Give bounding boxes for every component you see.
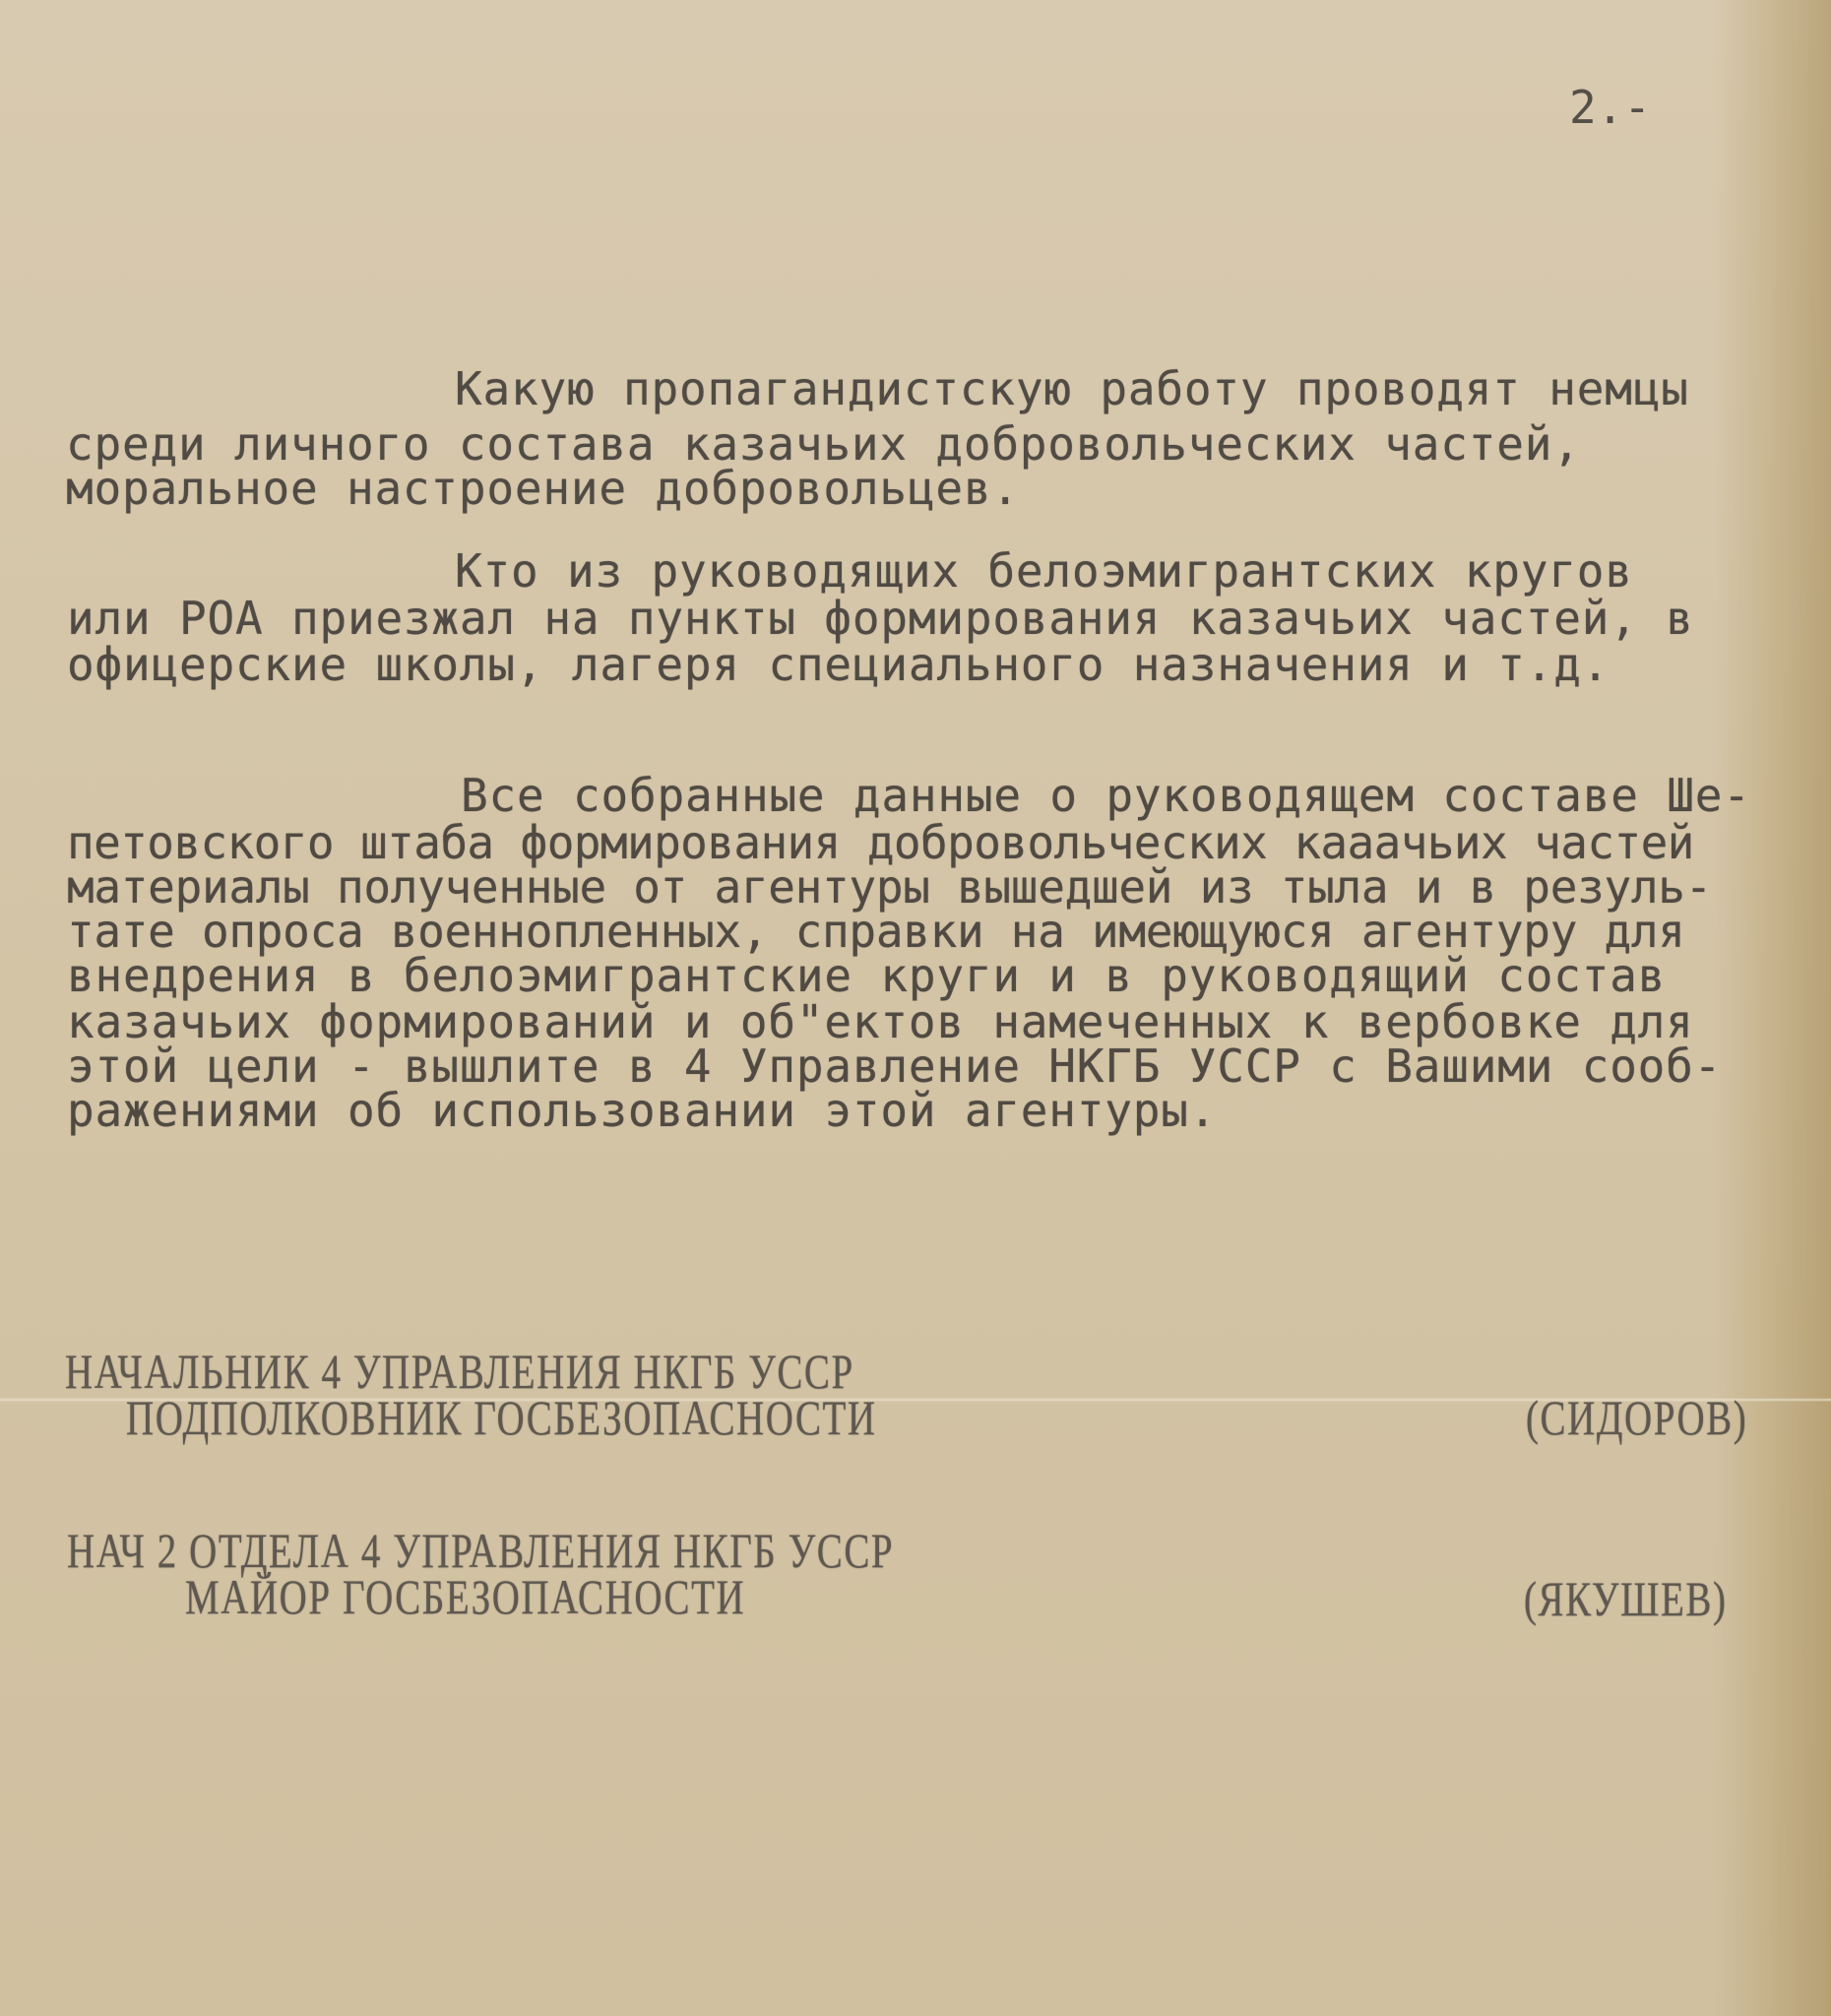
paragraph-line: тате опроса военнопленных, справки на им…: [67, 909, 1685, 954]
signatory-title: НАЧАЛЬНИК 4 УПРАВЛЕНИЯ НКГБ УССР: [65, 1347, 854, 1396]
paragraph-line: Кто из руководящих белоэмигрантских круг…: [455, 548, 1633, 594]
paragraph-line: среди личного состава казачьих доброволь…: [66, 421, 1581, 467]
paragraph-line: моральное настроение добровольцев.: [66, 466, 1020, 511]
signatory-name: (ЯКУШЕВ): [1524, 1574, 1727, 1623]
paragraph-line: Все собранные данные о руководящем соста…: [461, 773, 1751, 818]
paragraph-line: этой цели - вышлите в 4 Управление НКГБ …: [67, 1043, 1722, 1089]
document-page: 2.- Какую пропагандистскую работу провод…: [0, 0, 1831, 2016]
signatory-name: (СИДОРОВ): [1526, 1393, 1747, 1442]
paragraph-line: материалы полученные от агентуры вышедше…: [67, 864, 1712, 910]
signatory-title: НАЧ 2 ОТДЕЛА 4 УПРАВЛЕНИЯ НКГБ УССР: [67, 1526, 894, 1575]
paragraph-line: Какую пропагандистскую работу проводят н…: [455, 366, 1689, 411]
paragraph-line: офицерские школы, лагеря специального на…: [67, 642, 1610, 687]
signatory-rank: МАЙОР ГОСБЕЗОПАСНОСТИ: [185, 1572, 745, 1621]
paragraph-line: внедрения в белоэмигрантские круги и в р…: [67, 953, 1666, 998]
paragraph-line: петовского штаба формирования добровольч…: [67, 820, 1694, 865]
page-number: 2.-: [1569, 81, 1651, 134]
paragraph-line: или РОА приезжал на пункты формирования …: [67, 596, 1694, 641]
paragraph-line: ражениями об использовании этой агентуры…: [67, 1088, 1217, 1133]
paragraph-line: казачьих формирований и об"ектов намечен…: [67, 999, 1694, 1044]
signatory-rank: ПОДПОЛКОВНИК ГОСБЕЗОПАСНОСТИ: [126, 1393, 877, 1442]
